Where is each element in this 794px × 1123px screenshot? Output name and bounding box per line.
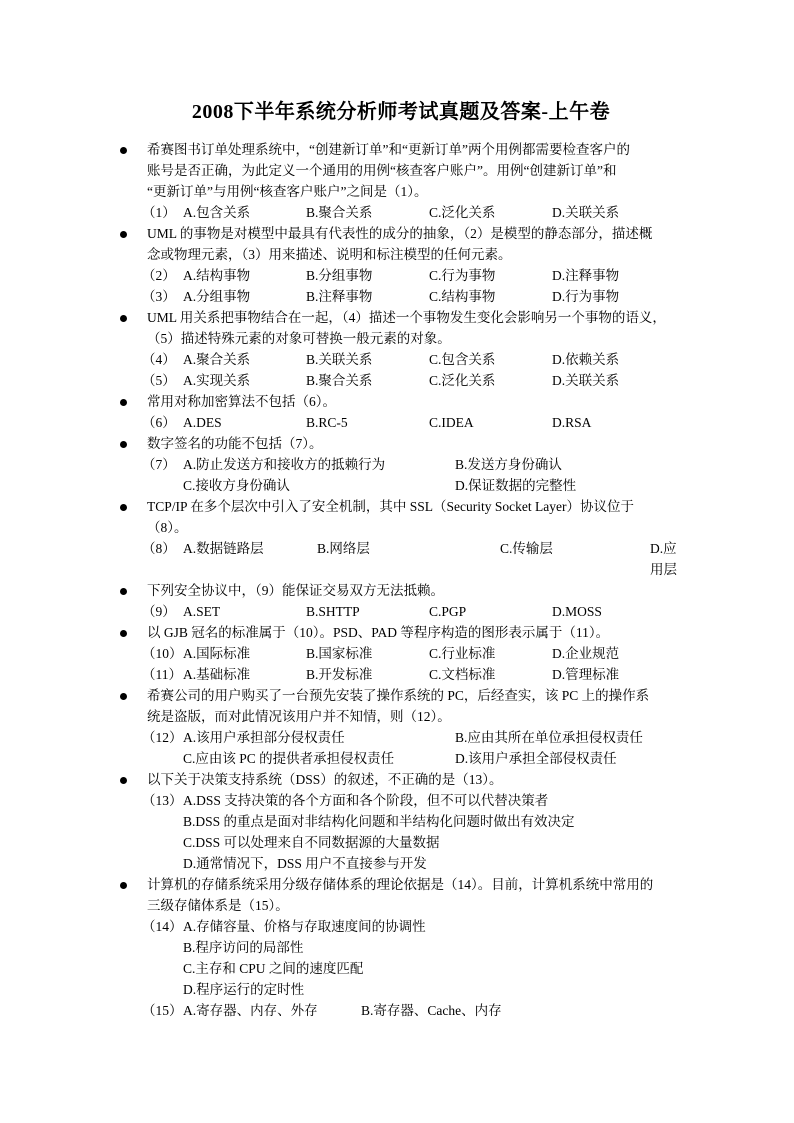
option-cell: B.应由其所在单位承担侵权责任 bbox=[455, 727, 653, 748]
option-cell: D.应用层 bbox=[650, 538, 682, 580]
option-cell: A.寄存器、内存、外存 bbox=[183, 1000, 361, 1021]
question-stem-line: 下列安全协议中，（9）能保证交易双方无法抵赖。 bbox=[147, 580, 682, 601]
option-cell: B.寄存器、Cache、内存 bbox=[361, 1000, 512, 1021]
bullet-icon bbox=[120, 139, 147, 154]
option-cell: C.PGP bbox=[429, 601, 552, 622]
option-cell: A.国际标准 bbox=[183, 643, 306, 664]
option-cell: A.实现关系 bbox=[183, 370, 306, 391]
question-stem-line: 计算机的存储系统采用分级存储体系的理论依据是（14）。目前，计算机系统中常用的 bbox=[147, 874, 682, 895]
question-item: TCP/IP 在多个层次中引入了安全机制，其中 SSL（Security Soc… bbox=[120, 496, 682, 580]
option-cell: A.DES bbox=[183, 412, 306, 433]
bullet-icon bbox=[120, 874, 147, 889]
page-title: 2008下半年系统分析师考试真题及答案-上午卷 bbox=[120, 98, 682, 126]
option-cell: B.聚合关系 bbox=[306, 370, 429, 391]
option-cell: C.主存和 CPU 之间的速度匹配 bbox=[183, 958, 373, 979]
option-row: （8）A.数据链路层B.网络层C.传输层D.应用层 bbox=[142, 538, 682, 580]
option-row: B.程序访问的局部性 bbox=[142, 937, 682, 958]
option-cell: C.泛化关系 bbox=[429, 370, 552, 391]
question-item: UML 的事物是对模型中最具有代表性的成分的抽象，（2）是模型的静态部分，描述概… bbox=[120, 223, 682, 307]
option-cell: A.基础标准 bbox=[183, 664, 306, 685]
option-cell: A.SET bbox=[183, 601, 306, 622]
option-cell: B.国家标准 bbox=[306, 643, 429, 664]
question-stem-line: UML 的事物是对模型中最具有代表性的成分的抽象，（2）是模型的静态部分，描述概 bbox=[147, 223, 682, 244]
option-row: （13）A.DSS 支持决策的各个方面和各个阶段，但不可以代替决策者 bbox=[142, 790, 682, 811]
question-item: 希赛公司的用户购买了一台预先安装了操作系统的 PC，后经查实，该 PC 上的操作… bbox=[120, 685, 682, 769]
option-row: （2）A.结构事物B.分组事物C.行为事物D.注释事物 bbox=[142, 265, 682, 286]
question-item: 希赛图书订单处理系统中，“创建新订单”和“更新订单”两个用例都需要检查客户的账号… bbox=[120, 139, 682, 223]
option-row: （10）A.国际标准B.国家标准C.行业标准D.企业规范 bbox=[142, 643, 682, 664]
option-row-label: （12） bbox=[142, 727, 183, 748]
question-stem-line: （8）。 bbox=[147, 517, 682, 538]
question-stem-line: 希赛图书订单处理系统中，“创建新订单”和“更新订单”两个用例都需要检查客户的 bbox=[147, 139, 682, 160]
question-item: 以 GJB 冠名的标准属于（10）。PSD、PAD 等程序构造的图形表示属于（1… bbox=[120, 622, 682, 685]
option-row: （15）A.寄存器、内存、外存B.寄存器、Cache、内存 bbox=[142, 1000, 682, 1021]
exam-document-page: 2008下半年系统分析师考试真题及答案-上午卷 希赛图书订单处理系统中，“创建新… bbox=[0, 0, 794, 1123]
option-row-label: （5） bbox=[142, 370, 183, 391]
question-stem-line: “更新订单”与用例“核查客户账户”之间是（1）。 bbox=[147, 181, 682, 202]
option-row: （9）A.SETB.SHTTPC.PGPD.MOSS bbox=[142, 601, 682, 622]
option-cell: A.结构事物 bbox=[183, 265, 306, 286]
option-cell: A.该用户承担部分侵权责任 bbox=[183, 727, 455, 748]
bullet-icon bbox=[120, 307, 147, 322]
option-cell: D.关联关系 bbox=[552, 202, 629, 223]
bullet-icon bbox=[120, 496, 147, 511]
option-cell: D.依赖关系 bbox=[552, 349, 629, 370]
question-item: 数字签名的功能不包括（7）。（7）A.防止发送方和接收方的抵赖行为B.发送方身份… bbox=[120, 433, 682, 496]
option-cell: B.SHTTP bbox=[306, 601, 429, 622]
option-row: （4）A.聚合关系B.关联关系C.包含关系D.依赖关系 bbox=[142, 349, 682, 370]
option-cell: C.DSS 可以处理来自不同数据源的大量数据 bbox=[183, 832, 450, 853]
question-stem-line: 数字签名的功能不包括（7）。 bbox=[147, 433, 682, 454]
option-cell: D.通常情况下，DSS 用户不直接参与开发 bbox=[183, 853, 437, 874]
option-cell: C.接收方身份确认 bbox=[183, 475, 455, 496]
option-row-label: （8） bbox=[142, 538, 183, 559]
option-cell: C.包含关系 bbox=[429, 349, 552, 370]
option-row: D.通常情况下，DSS 用户不直接参与开发 bbox=[142, 853, 682, 874]
question-stem-line: （5）描述特殊元素的对象可替换一般元素的对象。 bbox=[147, 328, 682, 349]
option-cell: C.应由该 PC 的提供者承担侵权责任 bbox=[183, 748, 455, 769]
option-row-label: （15） bbox=[142, 1000, 183, 1021]
option-row: D.程序运行的定时性 bbox=[142, 979, 682, 1000]
option-row: （5）A.实现关系B.聚合关系C.泛化关系D.关联关系 bbox=[142, 370, 682, 391]
option-cell: C.行为事物 bbox=[429, 265, 552, 286]
question-list: 希赛图书订单处理系统中，“创建新订单”和“更新订单”两个用例都需要检查客户的账号… bbox=[120, 139, 682, 1021]
option-row: （3）A.分组事物B.注释事物C.结构事物D.行为事物 bbox=[142, 286, 682, 307]
option-cell: D.该用户承担全部侵权责任 bbox=[455, 748, 627, 769]
option-row: C.DSS 可以处理来自不同数据源的大量数据 bbox=[142, 832, 682, 853]
option-row-label: （9） bbox=[142, 601, 183, 622]
question-body: 下列安全协议中，（9）能保证交易双方无法抵赖。（9）A.SETB.SHTTPC.… bbox=[147, 580, 682, 622]
question-stem-line: 常用对称加密算法不包括（6）。 bbox=[147, 391, 682, 412]
option-cell: B.分组事物 bbox=[306, 265, 429, 286]
option-cell: A.分组事物 bbox=[183, 286, 306, 307]
question-body: 数字签名的功能不包括（7）。（7）A.防止发送方和接收方的抵赖行为B.发送方身份… bbox=[147, 433, 682, 496]
question-item: 下列安全协议中，（9）能保证交易双方无法抵赖。（9）A.SETB.SHTTPC.… bbox=[120, 580, 682, 622]
option-cell: D.行为事物 bbox=[552, 286, 629, 307]
option-row: B.DSS 的重点是面对非结构化问题和半结构化问题时做出有效决定 bbox=[142, 811, 682, 832]
option-cell: B.开发标准 bbox=[306, 664, 429, 685]
option-row-label: （3） bbox=[142, 286, 183, 307]
option-cell: B.关联关系 bbox=[306, 349, 429, 370]
option-row-label: （14） bbox=[142, 916, 183, 937]
option-cell: A.DSS 支持决策的各个方面和各个阶段，但不可以代替决策者 bbox=[183, 790, 558, 811]
question-body: 希赛图书订单处理系统中，“创建新订单”和“更新订单”两个用例都需要检查客户的账号… bbox=[147, 139, 682, 223]
bullet-icon bbox=[120, 433, 147, 448]
option-row-label: （1） bbox=[142, 202, 183, 223]
option-cell: C.传输层 bbox=[500, 538, 650, 559]
option-row-label: （13） bbox=[142, 790, 183, 811]
option-cell: D.程序运行的定时性 bbox=[183, 979, 314, 1000]
question-body: 计算机的存储系统采用分级存储体系的理论依据是（14）。目前，计算机系统中常用的三… bbox=[147, 874, 682, 1021]
option-cell: B.DSS 的重点是面对非结构化问题和半结构化问题时做出有效决定 bbox=[183, 811, 585, 832]
option-cell: D.关联关系 bbox=[552, 370, 629, 391]
question-body: TCP/IP 在多个层次中引入了安全机制，其中 SSL（Security Soc… bbox=[147, 496, 682, 580]
option-row: （7）A.防止发送方和接收方的抵赖行为B.发送方身份确认 bbox=[142, 454, 682, 475]
option-cell: C.行业标准 bbox=[429, 643, 552, 664]
option-row-label: （11） bbox=[142, 664, 183, 685]
option-cell: C.泛化关系 bbox=[429, 202, 552, 223]
question-item: 常用对称加密算法不包括（6）。（6）A.DESB.RC-5C.IDEAD.RSA bbox=[120, 391, 682, 433]
option-cell: B.网络层 bbox=[317, 538, 500, 559]
option-row-label: （7） bbox=[142, 454, 183, 475]
option-row: C.主存和 CPU 之间的速度匹配 bbox=[142, 958, 682, 979]
question-body: 以 GJB 冠名的标准属于（10）。PSD、PAD 等程序构造的图形表示属于（1… bbox=[147, 622, 682, 685]
bullet-icon bbox=[120, 685, 147, 700]
option-cell: C.IDEA bbox=[429, 412, 552, 433]
bullet-icon bbox=[120, 391, 147, 406]
option-cell: D.注释事物 bbox=[552, 265, 629, 286]
option-cell: C.结构事物 bbox=[429, 286, 552, 307]
option-cell: A.存储容量、价格与存取速度间的协调性 bbox=[183, 916, 436, 937]
option-cell: B.聚合关系 bbox=[306, 202, 429, 223]
question-body: 希赛公司的用户购买了一台预先安装了操作系统的 PC，后经查实，该 PC 上的操作… bbox=[147, 685, 682, 769]
question-item: 计算机的存储系统采用分级存储体系的理论依据是（14）。目前，计算机系统中常用的三… bbox=[120, 874, 682, 1021]
option-row: （1）A.包含关系B.聚合关系C.泛化关系D.关联关系 bbox=[142, 202, 682, 223]
option-cell: A.聚合关系 bbox=[183, 349, 306, 370]
option-row: C.接收方身份确认D.保证数据的完整性 bbox=[142, 475, 682, 496]
question-stem-line: 希赛公司的用户购买了一台预先安装了操作系统的 PC，后经查实，该 PC 上的操作… bbox=[147, 685, 682, 706]
question-body: 以下关于决策支持系统（DSS）的叙述，不正确的是（13）。（13）A.DSS 支… bbox=[147, 769, 682, 874]
option-cell: B.发送方身份确认 bbox=[455, 454, 572, 475]
question-item: 以下关于决策支持系统（DSS）的叙述，不正确的是（13）。（13）A.DSS 支… bbox=[120, 769, 682, 874]
question-body: UML 的事物是对模型中最具有代表性的成分的抽象，（2）是模型的静态部分，描述概… bbox=[147, 223, 682, 307]
question-stem-line: UML 用关系把事物结合在一起，（4）描述一个事物发生变化会影响另一个事物的语义… bbox=[147, 307, 682, 328]
option-cell: D.管理标准 bbox=[552, 664, 629, 685]
question-body: 常用对称加密算法不包括（6）。（6）A.DESB.RC-5C.IDEAD.RSA bbox=[147, 391, 682, 433]
option-cell: B.程序访问的局部性 bbox=[183, 937, 313, 958]
bullet-icon bbox=[120, 223, 147, 238]
bullet-icon bbox=[120, 622, 147, 637]
option-row-label: （6） bbox=[142, 412, 183, 433]
option-cell: A.数据链路层 bbox=[183, 538, 317, 559]
bullet-icon bbox=[120, 580, 147, 595]
question-stem-line: 账号是否正确，为此定义一个通用的用例“核查客户账户”。用例“创建新订单”和 bbox=[147, 160, 682, 181]
question-stem-line: 三级存储体系是（15）。 bbox=[147, 895, 682, 916]
option-cell: D.MOSS bbox=[552, 601, 612, 622]
option-row: C.应由该 PC 的提供者承担侵权责任D.该用户承担全部侵权责任 bbox=[142, 748, 682, 769]
question-stem-line: TCP/IP 在多个层次中引入了安全机制，其中 SSL（Security Soc… bbox=[147, 496, 682, 517]
option-row: （6）A.DESB.RC-5C.IDEAD.RSA bbox=[142, 412, 682, 433]
question-stem-line: 以 GJB 冠名的标准属于（10）。PSD、PAD 等程序构造的图形表示属于（1… bbox=[147, 622, 682, 643]
question-stem-line: 统是盗版，而对此情况该用户并不知情，则（12）。 bbox=[147, 706, 682, 727]
option-row-label: （2） bbox=[142, 265, 183, 286]
option-cell: D.RSA bbox=[552, 412, 601, 433]
option-row-label: （4） bbox=[142, 349, 183, 370]
option-cell: D.企业规范 bbox=[552, 643, 629, 664]
option-cell: A.包含关系 bbox=[183, 202, 306, 223]
option-cell: D.保证数据的完整性 bbox=[455, 475, 586, 496]
option-row: （12）A.该用户承担部分侵权责任B.应由其所在单位承担侵权责任 bbox=[142, 727, 682, 748]
question-item: UML 用关系把事物结合在一起，（4）描述一个事物发生变化会影响另一个事物的语义… bbox=[120, 307, 682, 391]
question-stem-line: 念或物理元素，（3）用来描述、说明和标注模型的任何元素。 bbox=[147, 244, 682, 265]
bullet-icon bbox=[120, 769, 147, 784]
option-cell: A.防止发送方和接收方的抵赖行为 bbox=[183, 454, 455, 475]
question-stem-line: 以下关于决策支持系统（DSS）的叙述，不正确的是（13）。 bbox=[147, 769, 682, 790]
option-cell: B.注释事物 bbox=[306, 286, 429, 307]
option-row: （14）A.存储容量、价格与存取速度间的协调性 bbox=[142, 916, 682, 937]
option-cell: C.文档标准 bbox=[429, 664, 552, 685]
option-row: （11）A.基础标准B.开发标准C.文档标准D.管理标准 bbox=[142, 664, 682, 685]
option-row-label: （10） bbox=[142, 643, 183, 664]
option-cell: B.RC-5 bbox=[306, 412, 429, 433]
question-body: UML 用关系把事物结合在一起，（4）描述一个事物发生变化会影响另一个事物的语义… bbox=[147, 307, 682, 391]
